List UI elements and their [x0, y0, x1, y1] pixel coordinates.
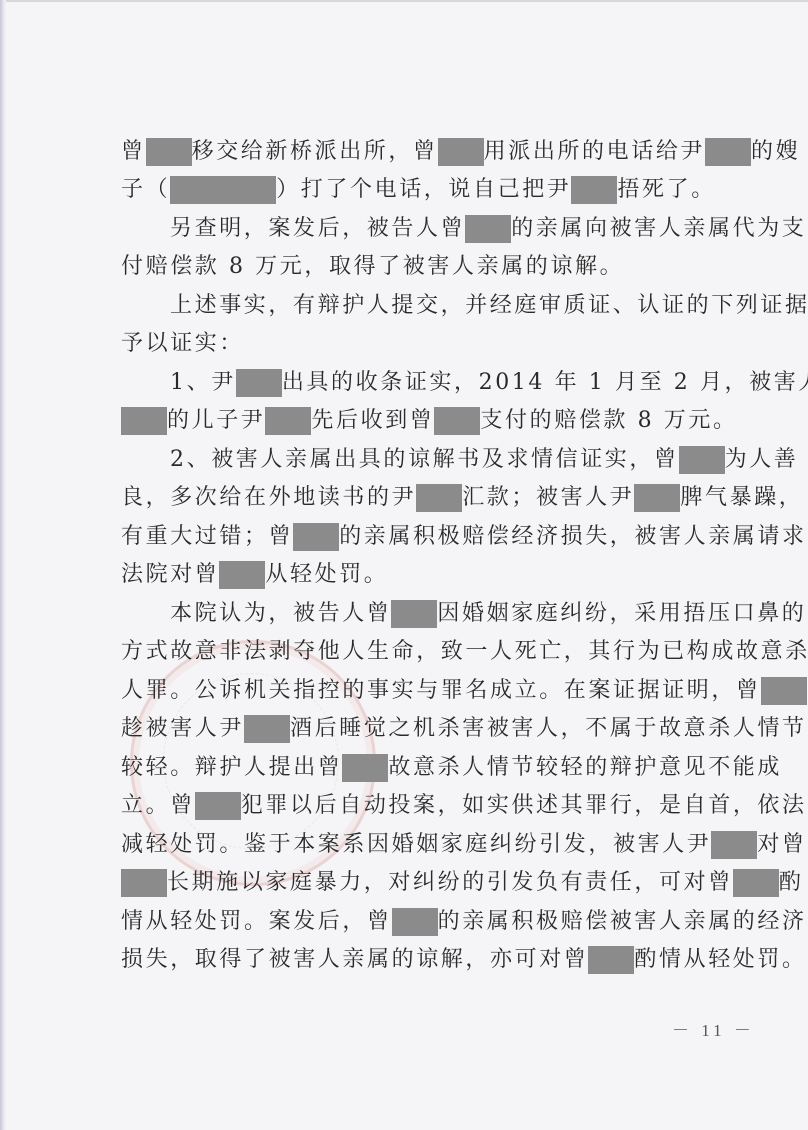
- redaction-box: [634, 484, 680, 512]
- page-left-edge-shadow: [0, 0, 6, 1130]
- text-segment: 曾: [121, 137, 146, 167]
- redaction-box: [121, 869, 167, 897]
- redaction-box: [293, 523, 339, 551]
- text-segment: 方式故意非法剥夺他人生命，致一人死亡，其行为已构成故意杀: [121, 637, 808, 667]
- document-line: 2、被害人亲属出具的谅解书及求情信证实，曾为人善: [170, 445, 731, 475]
- text-segment: 减轻处罚。鉴于本案系因婚姻家庭纠纷引发，被害人尹: [121, 830, 711, 860]
- redaction-box: [465, 215, 511, 243]
- text-segment: 的儿子尹: [167, 406, 265, 436]
- text-segment: 从轻处罚。: [265, 560, 388, 590]
- text-segment: 支付的赔偿款 8 万元。: [480, 406, 737, 436]
- document-line: 子（）打了个电话，说自己把尹捂死了。: [121, 175, 731, 205]
- document-line: 曾移交给新桥派出所，曾用派出所的电话给尹的嫂: [121, 137, 731, 167]
- document-line: 长期施以家庭暴力，对纠纷的引发负有责任，可对曾酌: [121, 868, 731, 898]
- document-line: 良，多次给在外地读书的尹汇款；被害人尹脾气暴躁，: [121, 483, 731, 513]
- redaction-box: [219, 561, 265, 589]
- document-line: 付赔偿款 8 万元，取得了被害人亲属的谅解。: [121, 252, 731, 282]
- text-segment: 故意杀人情节较轻的辩护意见不能成: [388, 753, 782, 783]
- redaction-box: [236, 369, 282, 397]
- page-top-edge: [0, 0, 808, 2]
- redaction-box: [711, 831, 757, 859]
- text-segment: 酌: [779, 868, 804, 898]
- redaction-box: [391, 600, 437, 628]
- text-segment: 2、被害人亲属出具的谅解书及求情信证实，曾: [170, 445, 679, 475]
- text-segment: 法院对曾: [121, 560, 219, 590]
- text-segment: ）打了个电话，说自己把尹: [276, 175, 571, 205]
- redaction-box: [761, 677, 807, 705]
- redaction-box: [146, 138, 192, 166]
- redaction-box: [416, 484, 462, 512]
- document-line: 减轻处罚。鉴于本案系因婚姻家庭纠纷引发，被害人尹对曾: [121, 830, 731, 860]
- document-line: 法院对曾从轻处罚。: [121, 560, 731, 590]
- text-segment: 犯罪以后自动投案，如实供述其罪行，是自首，依法: [241, 791, 807, 821]
- text-segment: 情从轻处罚。案发后，曾: [121, 907, 392, 937]
- text-segment: 上述事实，有辩护人提交，并经庭审质证、认证的下列证据: [170, 291, 808, 321]
- redaction-box: [733, 869, 779, 897]
- redaction-box: [705, 138, 751, 166]
- redaction-box: [392, 908, 438, 936]
- text-segment: 较轻。辩护人提出曾: [121, 753, 342, 783]
- document-line: 立。曾犯罪以后自动投案，如实供述其罪行，是自首，依法: [121, 791, 731, 821]
- redaction-box: [342, 754, 388, 782]
- document-line: 的儿子尹先后收到曾支付的赔偿款 8 万元。: [121, 406, 731, 436]
- text-segment: 损失，取得了被害人亲属的谅解，亦可对曾: [121, 945, 588, 975]
- redaction-box: [571, 176, 617, 204]
- text-segment: 付赔偿款 8 万元，取得了被害人亲属的谅解。: [121, 252, 624, 282]
- text-segment: 先后收到曾: [311, 406, 434, 436]
- text-segment: 趁被害人尹: [121, 714, 244, 744]
- text-segment: 脾气暴躁，: [680, 483, 803, 513]
- document-line: 损失，取得了被害人亲属的谅解，亦可对曾酌情从轻处罚。: [121, 945, 731, 975]
- text-segment: 因婚姻家庭纠纷，采用捂压口鼻的: [437, 599, 806, 629]
- text-segment: 汇款；被害人尹: [462, 483, 634, 513]
- text-segment: 移交给新桥派出所，曾: [192, 137, 438, 167]
- redaction-box: [170, 176, 276, 204]
- text-segment: 本院认为，被告人曾: [170, 599, 391, 629]
- text-segment: 的亲属积极赔偿被害人亲属的经济: [438, 907, 807, 937]
- text-segment: 出具的收条证实，2014 年 1 月至 2 月，被害人尹: [282, 368, 808, 398]
- text-segment: 酌情从轻处罚。: [634, 945, 806, 975]
- document-line: 较轻。辩护人提出曾故意杀人情节较轻的辩护意见不能成: [121, 753, 731, 783]
- redaction-box: [434, 407, 480, 435]
- text-segment: 为人善: [725, 445, 799, 475]
- document-line: 有重大过错；曾的亲属积极赔偿经济损失，被害人亲属请求: [121, 522, 731, 552]
- document-line: 方式故意非法剥夺他人生命，致一人死亡，其行为已构成故意杀: [121, 637, 731, 667]
- redaction-box: [121, 407, 167, 435]
- document-line: 上述事实，有辩护人提交，并经庭审质证、认证的下列证据: [170, 291, 731, 321]
- redaction-box: [438, 138, 484, 166]
- document-line: 1、尹出具的收条证实，2014 年 1 月至 2 月，被害人尹: [170, 368, 731, 398]
- text-segment: 子（: [121, 175, 170, 205]
- document-line: 予以证实：: [121, 329, 731, 359]
- text-segment: 有重大过错；曾: [121, 522, 293, 552]
- text-segment: 的亲属向被害人亲属代为支: [511, 214, 806, 244]
- document-line: 另查明，案发后，被告人曾的亲属向被害人亲属代为支: [170, 214, 731, 244]
- document-line: 本院认为，被告人曾因婚姻家庭纠纷，采用捂压口鼻的: [170, 599, 731, 629]
- redaction-box: [679, 446, 725, 474]
- text-segment: 的亲属积极赔偿经济损失，被害人亲属请求: [339, 522, 806, 552]
- document-line: 情从轻处罚。案发后，曾的亲属积极赔偿被害人亲属的经济: [121, 907, 731, 937]
- text-segment: 予以证实：: [121, 329, 244, 359]
- text-segment: 对曾: [757, 830, 806, 860]
- document-line: 趁被害人尹酒后睡觉之机杀害被害人，不属于故意杀人情节: [121, 714, 731, 744]
- text-segment: 良，多次给在外地读书的尹: [121, 483, 416, 513]
- text-segment: 1、尹: [170, 368, 236, 398]
- text-segment: 的嫂: [751, 137, 800, 167]
- text-segment: 长期施以家庭暴力，对纠纷的引发负有责任，可对曾: [167, 868, 733, 898]
- text-segment: 立。曾: [121, 791, 195, 821]
- redaction-box: [265, 407, 311, 435]
- page-number: － 11 －: [672, 1016, 755, 1041]
- text-segment: 人罪。公诉机关指控的事实与罪名成立。在案证据证明，曾: [121, 676, 761, 706]
- text-segment: 用派出所的电话给尹: [484, 137, 705, 167]
- redaction-box: [588, 946, 634, 974]
- redaction-box: [195, 792, 241, 820]
- document-line: 人罪。公诉机关指控的事实与罪名成立。在案证据证明，曾: [121, 676, 731, 706]
- text-segment: 另查明，案发后，被告人曾: [170, 214, 465, 244]
- redaction-box: [244, 715, 290, 743]
- text-segment: 捂死了。: [617, 175, 715, 205]
- text-segment: 酒后睡觉之机杀害被害人，不属于故意杀人情节: [290, 714, 807, 744]
